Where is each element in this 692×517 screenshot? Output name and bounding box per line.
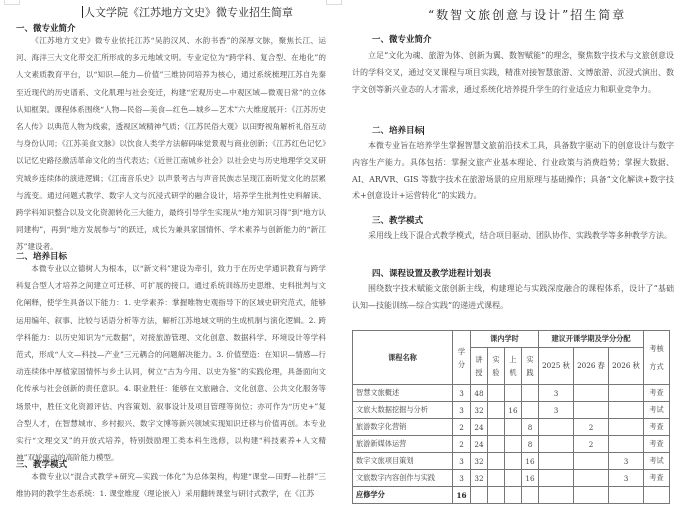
section-heading: 二、培养目标 [372,124,425,136]
header-semester-2026-spring: 2026 春 [574,348,609,385]
course-credits: 3 [453,453,471,470]
text-cursor [423,126,424,135]
lab-hours [488,419,505,436]
lab-hours [488,453,505,470]
empty-cell [644,487,670,504]
practice-hours [522,402,539,419]
exam-method: 考试 [644,453,670,470]
exam-method: 考查 [644,436,670,453]
course-name: 文旅大数据挖掘与分析 [353,402,453,419]
exam-method: 考查 [644,385,670,402]
lecture-hours: 48 [471,385,488,402]
section-body: 本微专业旨在培养学生掌握智慧文旅前沿技术工具，具备数字驱动下的创意设计与数字内容… [352,138,674,205]
course-credits: 3 [453,470,471,487]
semester-3-credits: 3 [609,453,644,470]
table-row: 文旅大数据挖掘与分析 3 32 16 3 考试 [353,402,670,419]
practice-hours [522,385,539,402]
text-cursor [82,6,83,18]
section-body: 采用线上线下混合式教学模式，结合项目驱动、团队协作、实践教学等多种教学方法。 [352,228,674,245]
section-body: 围绕数字技术赋能文旅创新主线，构建理论与实践深度融合的课程体系，设计了“基础认知… [352,281,674,315]
lecture-hours: 32 [471,470,488,487]
course-name: 数字文旅项目策划 [353,453,453,470]
right-document-page: “数智文旅创意与设计”招生简章 一、微专业简介 立足“文化为魂、旅游为体、创新为… [346,0,692,517]
empty-cell [505,487,522,504]
course-name: 旅游数字化营销 [353,419,453,436]
table-total-row: 应修学分 16 [353,487,670,504]
course-credits: 3 [453,402,471,419]
header-computer: 上机 [505,348,522,385]
section-body: 立足“文化为魂、旅游为体、创新为翼、数智赋能”的理念，聚焦数字技术与文旅创意设计… [352,48,674,98]
lecture-hours: 32 [471,402,488,419]
header-lab-text: 实验 [492,353,500,379]
table-row: 文旅数字内容创作与实践 3 32 16 3 考查 [353,470,670,487]
semester-3-credits: 3 [609,470,644,487]
section-heading-text: 二、培养目标 [372,126,423,136]
empty-cell [471,487,488,504]
header-exam-text: 考核方式 [648,340,666,376]
page-title-text: 人文学院《江苏地方文史》微专业招生简章 [84,6,293,19]
course-credits: 2 [453,436,471,453]
header-lecture: 讲授 [471,348,488,385]
computer-hours [505,470,522,487]
course-schedule-table: 课程名称 学分 课内学时 建议开课学期及学分分配 考核方式 讲授 实验 上机 实… [352,330,670,504]
header-semester-allocation: 建议开课学期及学分分配 [539,331,644,348]
header-semester-2026-fall: 2026 秋 [609,348,644,385]
table-row: 旅游数字化营销 2 24 8 2 考查 [353,419,670,436]
semester-2-credits: 2 [574,436,609,453]
section-heading: 四、课程设置及教学进程计划表 [372,267,491,279]
computer-hours [505,419,522,436]
section-body: 本微专业以“混合式教学+研究—实践一体化”为总体架构，构建“课堂—田野—社群”三… [16,468,326,502]
empty-cell [522,487,539,504]
header-lecture-text: 讲授 [475,353,483,379]
table-row: 旅游新媒体运营 2 24 8 2 考查 [353,436,670,453]
semester-1-credits: 3 [539,402,574,419]
lecture-hours: 24 [471,419,488,436]
computer-hours [505,453,522,470]
semester-3-credits [609,385,644,402]
page-corner-mark [4,0,20,5]
lab-hours [488,385,505,402]
semester-2-credits [574,453,609,470]
lecture-hours: 32 [471,453,488,470]
semester-2-credits: 2 [574,419,609,436]
header-practice: 实践 [522,348,539,385]
practice-hours: 8 [522,419,539,436]
header-computer-text: 上机 [509,353,517,379]
header-credits: 学分 [453,331,471,385]
table-row: 数字文旅项目策划 3 32 16 3 考试 [353,453,670,470]
page-title: 人文学院《江苏地方文史》微专业招生简章 [82,4,293,20]
header-lab: 实验 [488,348,505,385]
exam-method: 考查 [644,419,670,436]
exam-method: 考试 [644,402,670,419]
section-heading: 一、微专业简介 [372,33,432,45]
page-corner-mark [326,0,342,5]
lab-hours [488,436,505,453]
header-course-name: 课程名称 [353,331,453,385]
section-body: 本微专业以立德树人为根本，以“新文科”建设为牵引，致力于在历史学通识教育与跨学科… [16,260,326,466]
practice-hours: 8 [522,436,539,453]
header-class-hours: 课内学时 [471,331,539,348]
total-credits-label: 应修学分 [353,487,453,504]
computer-hours [505,436,522,453]
table-row: 智慧文旅概述 3 48 3 考查 [353,385,670,402]
semester-2-credits [574,385,609,402]
empty-cell [574,487,609,504]
page-title: “数智文旅创意与设计”招生简章 [428,6,626,23]
semester-1-credits [539,470,574,487]
header-credits-text: 学分 [457,345,466,371]
header-practice-text: 实践 [526,353,534,379]
semester-3-credits [609,419,644,436]
section-body: 《江苏地方文史》微专业依托江苏“吴韵汉风、水韵书香”的深厚文脉，聚焦长江、运河、… [16,32,326,256]
section-heading: 三、教学模式 [372,214,423,226]
semester-1-credits [539,436,574,453]
course-name: 文旅数字内容创作与实践 [353,470,453,487]
semester-1-credits [539,419,574,436]
semester-2-credits [574,402,609,419]
course-name: 智慧文旅概述 [353,385,453,402]
total-credits-value: 16 [453,487,471,504]
computer-hours: 16 [505,402,522,419]
lab-hours [488,402,505,419]
header-semester-2025-fall: 2025 秋 [539,348,574,385]
semester-3-credits [609,436,644,453]
computer-hours [505,385,522,402]
course-credits: 2 [453,419,471,436]
course-name: 旅游新媒体运营 [353,436,453,453]
empty-cell [539,487,574,504]
left-document-page: 人文学院《江苏地方文史》微专业招生简章 一、微专业简介 《江苏地方文史》微专业依… [0,0,346,517]
practice-hours: 16 [522,453,539,470]
semester-3-credits [609,402,644,419]
course-credits: 3 [453,385,471,402]
practice-hours: 16 [522,470,539,487]
lecture-hours: 24 [471,436,488,453]
exam-method: 考查 [644,470,670,487]
semester-2-credits [574,470,609,487]
semester-1-credits [539,453,574,470]
empty-cell [609,487,644,504]
empty-cell [488,487,505,504]
lab-hours [488,470,505,487]
header-exam-method: 考核方式 [644,331,670,385]
semester-1-credits: 3 [539,385,574,402]
